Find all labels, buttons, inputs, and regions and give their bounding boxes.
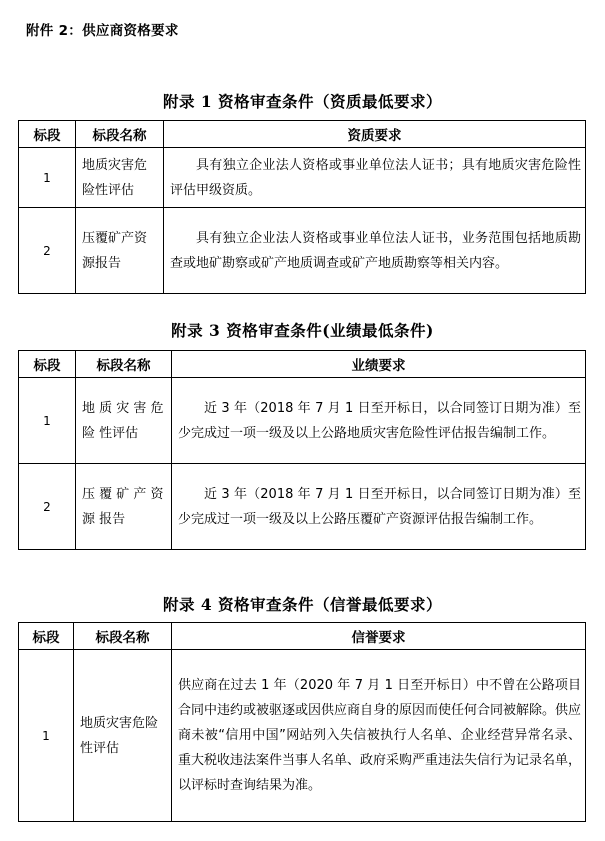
column-header-requirement: 信誉要求 (172, 623, 586, 650)
table-row: 2 压覆矿产资源报告 具有独立企业法人资格或事业单位法人证书，业务范围包括地质勘… (19, 208, 586, 294)
column-header-requirement: 资质要求 (164, 121, 586, 148)
row-name: 地质灾害危险性评估 (74, 650, 172, 822)
row-index: 1 (19, 650, 74, 822)
table-row: 1 地质灾害危险性评估 具有独立企业法人资格或事业单位法人证书；具有地质灾害危险… (19, 148, 586, 208)
section-title-qualification: 附录 1 资格审查条件（资质最低要求） (0, 90, 605, 112)
row-requirement: 近 3 年（2018 年 7 月 1 日至开标日，以合同签订日期为准）至少完成过… (172, 464, 586, 550)
table-header-row: 标段 标段名称 信誉要求 (19, 623, 586, 650)
column-header-section-name: 标段名称 (76, 121, 164, 148)
row-requirement: 具有独立企业法人资格或事业单位法人证书；具有地质灾害危险性评估甲级资质。 (164, 148, 586, 208)
column-header-section: 标段 (19, 351, 76, 378)
row-requirement: 近 3 年（2018 年 7 月 1 日至开标日，以合同签订日期为准）至少完成过… (172, 378, 586, 464)
row-index: 2 (19, 464, 76, 550)
row-requirement: 具有独立企业法人资格或事业单位法人证书，业务范围包括地质勘查或地矿勘察或矿产地质… (164, 208, 586, 294)
column-header-section-name: 标段名称 (76, 351, 172, 378)
row-requirement: 供应商在过去 1 年（2020 年 7 月 1 日至开标日）中不曾在公路项目合同… (172, 650, 586, 822)
document-title: 附件 2：供应商资格要求 (26, 19, 179, 39)
column-header-requirement: 业绩要求 (172, 351, 586, 378)
table-row: 1 地质灾害危险性评估 供应商在过去 1 年（2020 年 7 月 1 日至开标… (19, 650, 586, 822)
row-name: 地 质 灾 害 危 险 性评估 (76, 378, 172, 464)
column-header-section: 标段 (19, 121, 76, 148)
column-header-section-name: 标段名称 (74, 623, 172, 650)
row-index: 2 (19, 208, 76, 294)
performance-table: 标段 标段名称 业绩要求 1 地 质 灾 害 危 险 性评估 近 3 年（201… (18, 350, 586, 550)
row-name: 压 覆 矿 产 资 源 报告 (76, 464, 172, 550)
column-header-section: 标段 (19, 623, 74, 650)
section-title-reputation: 附录 4 资格审查条件（信誉最低要求） (0, 593, 605, 615)
row-name: 地质灾害危险性评估 (76, 148, 164, 208)
row-name: 压覆矿产资源报告 (76, 208, 164, 294)
row-index: 1 (19, 148, 76, 208)
table-row: 2 压 覆 矿 产 资 源 报告 近 3 年（2018 年 7 月 1 日至开标… (19, 464, 586, 550)
table-header-row: 标段 标段名称 业绩要求 (19, 351, 586, 378)
row-index: 1 (19, 378, 76, 464)
table-header-row: 标段 标段名称 资质要求 (19, 121, 586, 148)
reputation-table: 标段 标段名称 信誉要求 1 地质灾害危险性评估 供应商在过去 1 年（2020… (18, 622, 586, 822)
table-row: 1 地 质 灾 害 危 险 性评估 近 3 年（2018 年 7 月 1 日至开… (19, 378, 586, 464)
section-title-performance: 附录 3 资格审查条件(业绩最低条件) (0, 319, 605, 341)
qualification-table: 标段 标段名称 资质要求 1 地质灾害危险性评估 具有独立企业法人资格或事业单位… (18, 120, 586, 294)
